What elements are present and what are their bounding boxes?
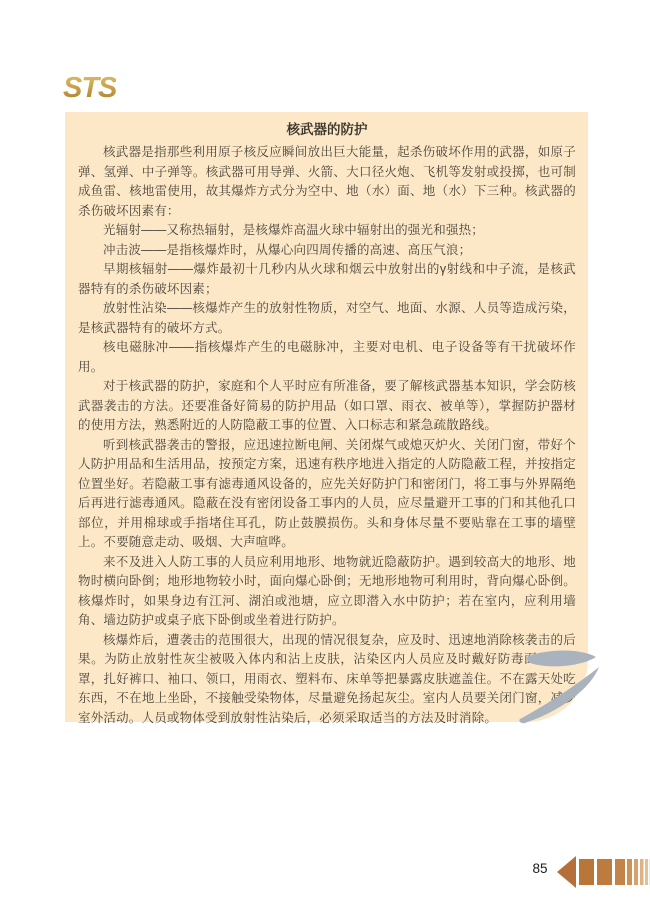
- paragraph-radioactive-contamination: 放射性沾染——核爆炸产生的放射性物质，对空气、地面、水源、人员等造成污染，是核武…: [78, 299, 576, 338]
- paragraph-preparation: 对于核武器的防护，家庭和个人平时应有所准备，要了解核武器基本知识，学会防核武器袭…: [78, 377, 576, 436]
- paragraph-after-explosion: 核爆炸后，遭袭击的范围很大，出现的情况很复杂，应及时、迅速地消除核袭击的后果。为…: [78, 631, 576, 729]
- prev-page-arrow-icon: [557, 855, 650, 889]
- paragraph-early-radiation: 早期核辐射——爆炸最初十几秒内从火球和烟云中放射出的γ射线和中子流，是核武器特有…: [78, 260, 576, 299]
- paragraph-light-radiation: 光辐射——又称热辐射，是核爆炸高温火球中辐射出的强光和强热；: [78, 221, 576, 241]
- article-panel: 核武器的防护 核武器是指那些利用原子核反应瞬间放出巨大能量，起杀伤破坏作用的武器…: [65, 112, 588, 722]
- textbook-page: STS 核武器的防护 核武器是指那些利用原子核反应瞬间放出巨大能量，起杀伤破坏作…: [0, 0, 650, 920]
- paragraph-alarm-response: 听到核武器袭击的警报，应迅速拉断电闸、关闭煤气或熄灭炉火、关闭门窗，带好个人防护…: [78, 436, 576, 553]
- article-title: 核武器的防护: [78, 119, 576, 140]
- paragraph-emp: 核电磁脉冲——指核爆炸产生的电磁脉冲，主要对电机、电子设备等有干扰破坏作用。: [78, 338, 576, 377]
- page-number: 85: [528, 861, 552, 876]
- paragraph-shockwave: 冲击波——是指核爆炸时，从爆心向四周传播的高速、高压气浪；: [78, 241, 576, 261]
- paragraph-intro: 核武器是指那些利用原子核反应瞬间放出巨大能量，起杀伤破坏作用的武器，如原子弹、氢…: [78, 143, 576, 221]
- sts-logo: STS: [63, 74, 116, 103]
- paragraph-field-protection: 来不及进入人防工事的人员应利用地形、地物就近隐蔽防护。遇到较高大的地形、地物时横…: [78, 553, 576, 631]
